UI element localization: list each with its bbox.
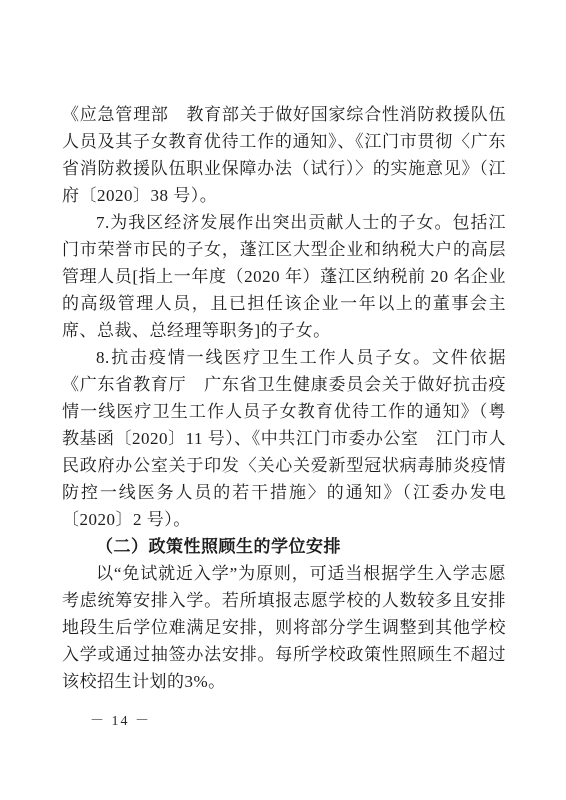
paragraph-placement-policy: 以“免试就近入学”为原则，可适当根据学生入学志愿考虑统筹安排入学。若所填报志愿学… — [62, 560, 506, 695]
paragraph-item-8: 8.抗击疫情一线医疗卫生工作人员子女。文件依据《广东省教育厅 广东省卫生健康委员… — [62, 344, 506, 533]
paragraph-item-7: 7.为我区经济发展作出突出贡献人士的子女。包括江门市荣誉市民的子女，蓬江区大型企… — [62, 209, 506, 344]
document-page: 《应急管理部 教育部关于做好国家综合性消防救援队伍人员及其子女教育优待工作的通知… — [0, 0, 566, 800]
document-body: 《应急管理部 教育部关于做好国家综合性消防救援队伍人员及其子女教育优待工作的通知… — [62, 101, 506, 695]
page-number: － 14 － — [90, 710, 151, 730]
section-heading-2: （二）政策性照顾生的学位安排 — [62, 533, 506, 560]
paragraph-notice-citations: 《应急管理部 教育部关于做好国家综合性消防救援队伍人员及其子女教育优待工作的通知… — [62, 101, 506, 209]
